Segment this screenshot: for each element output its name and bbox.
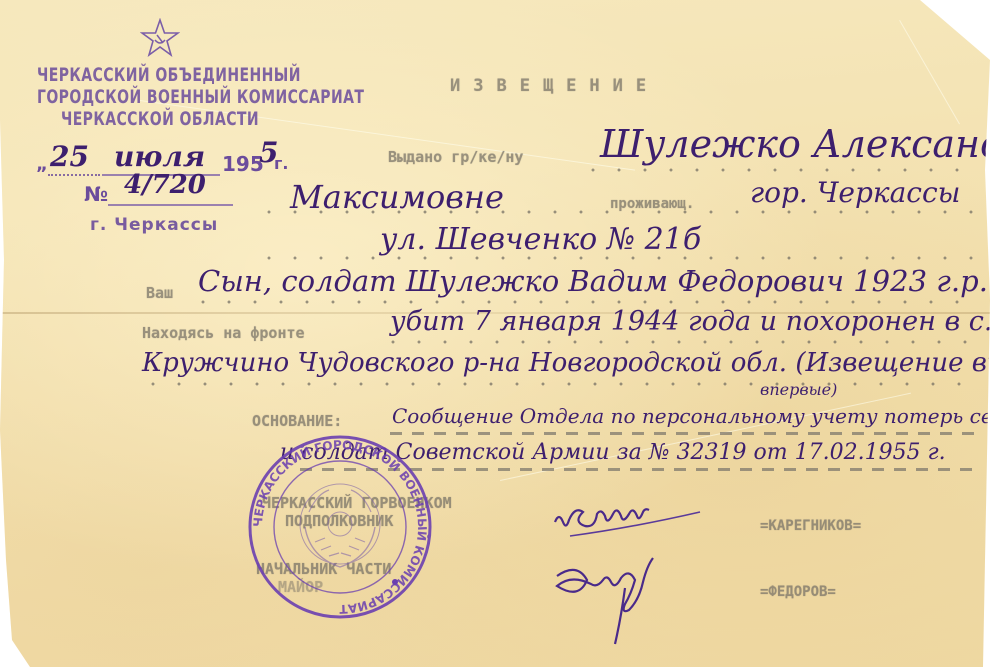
basis-label: ОСНОВАНИЕ:	[252, 412, 342, 430]
signature-1	[550, 490, 730, 550]
dotted-line	[140, 382, 980, 386]
at-front-label: Находясь на фронте	[142, 324, 305, 342]
star-hammer-sickle-icon	[140, 18, 180, 58]
dotted-line	[580, 168, 980, 172]
residing-label: проживающ.	[610, 196, 694, 212]
quote-mark: „	[36, 154, 48, 175]
ussr-coat-of-arms-icon	[300, 484, 380, 567]
burial-text: Кружчино Чудовского р-на Новгородской об…	[142, 348, 1001, 378]
basis-line-1: Сообщение Отдела по персональному учету …	[392, 404, 1001, 428]
dotted-line	[380, 340, 980, 344]
round-seal: ЧЕРКАССКИЙ ГОРОДСКОЙ ВОЕННЫЙ КОМИССАРИАТ	[245, 432, 435, 622]
underline	[108, 204, 233, 206]
number-prefix: №	[84, 182, 108, 206]
dashed-line	[390, 432, 980, 435]
stamp-line-3: ЧЕРКАССКОЙ ОБЛАСТИ	[37, 108, 283, 130]
signature-2	[545, 548, 705, 658]
stamp-line-2: ГОРОДСКОЙ ВОЕННЫЙ КОМИССАРИАТ	[37, 86, 283, 108]
killed-text: убит 7 января 1944 года и похоронен в с.	[390, 306, 992, 337]
residing-city: гор. Черкассы	[750, 176, 960, 209]
stamp-city: г. Черкассы	[90, 215, 218, 235]
relation-text: Сын, солдат Шулежко Вадим Федорович 1923…	[198, 264, 988, 298]
year-unit: г.	[274, 154, 288, 173]
date-year-prefix: 195	[222, 152, 264, 176]
signatory-1: =КАРЕГНИКОВ=	[760, 518, 861, 534]
crease	[899, 20, 960, 124]
issued-to-name: Шулежко Александре	[600, 122, 1001, 166]
stamp-number: № 4/720	[84, 180, 284, 210]
issued-to-label: Выдано гр/ке/ну	[388, 148, 523, 166]
number-value: 4/720	[124, 170, 206, 200]
dotted-line	[190, 300, 980, 304]
document-paper: ЧЕРКАССКИЙ ОБЪЕДИНЕННЫЙ ГОРОДСКОЙ ВОЕННЫ…	[0, 0, 990, 667]
issued-to-patronymic: Максимовне	[290, 178, 504, 216]
date-day: 25	[50, 140, 89, 173]
document-title: ИЗВЕЩЕНИЕ	[450, 76, 659, 96]
issued-first-note: впервые)	[760, 380, 837, 399]
your-label: Ваш	[146, 284, 173, 302]
signatory-2: =ФЕДОРОВ=	[760, 584, 836, 600]
stamp-line-1: ЧЕРКАССКИЙ ОБЪЕДИНЕННЫЙ	[37, 64, 283, 86]
date-month: июля	[114, 140, 205, 173]
residing-street: ул. Шевченко № 21б	[380, 222, 701, 257]
commissariat-stamp: ЧЕРКАССКИЙ ОБЪЕДИНЕННЫЙ ГОРОДСКОЙ ВОЕННЫ…	[10, 18, 310, 130]
dotted-line	[48, 174, 100, 176]
